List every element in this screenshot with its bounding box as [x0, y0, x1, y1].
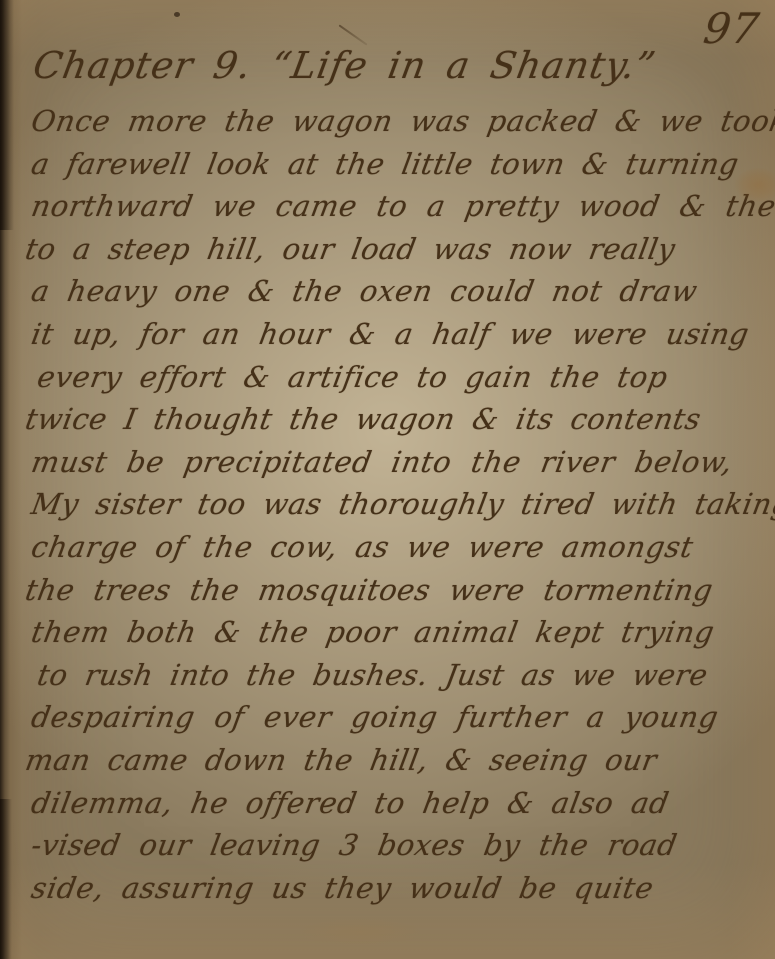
manuscript-line: charge of the cow, as we were amongst	[12, 526, 775, 569]
binding-shadow	[0, 799, 12, 959]
manuscript-line: to rush into the bushes. Just as we were	[12, 654, 775, 697]
manuscript-line: side, assuring us they would be quite	[12, 867, 775, 910]
manuscript-line: Once more the wagon was packed & we took	[12, 100, 775, 143]
manuscript-line: a farewell look at the little town & tur…	[12, 143, 775, 186]
manuscript-line: dilemma, he offered to help & also ad	[12, 782, 775, 825]
manuscript-line: -vised our leaving 3 boxes by the road	[12, 824, 775, 867]
manuscript-line: them both & the poor animal kept trying	[12, 611, 775, 654]
chapter-heading: Chapter 9. “Life in a Shanty.”	[30, 44, 659, 87]
manuscript-line: northward we came to a pretty wood & the…	[12, 185, 775, 228]
manuscript-line: a heavy one & the oxen could not draw	[12, 270, 775, 313]
manuscript-line: every effort & artifice to gain the top	[12, 356, 775, 399]
page-number: 97	[700, 4, 762, 53]
manuscript-line: twice I thought the wagon & its contents	[12, 398, 775, 441]
manuscript-page: 97 Chapter 9. “Life in a Shanty.” Once m…	[0, 0, 775, 959]
manuscript-line: must be precipitated into the river belo…	[12, 441, 775, 484]
manuscript-line: to a steep hill, our load was now really	[12, 228, 775, 271]
stain-mark	[300, 919, 420, 945]
manuscript-line: despairing of ever going further a young	[12, 696, 775, 739]
scratch-mark	[339, 24, 368, 45]
ink-dot	[174, 12, 180, 17]
manuscript-line: it up, for an hour & a half we were usin…	[12, 313, 775, 356]
manuscript-body: Once more the wagon was packed & we took…	[12, 100, 775, 909]
manuscript-line: the trees the mosquitoes were tormenting	[12, 569, 775, 612]
manuscript-line: man came down the hill, & seeing our	[12, 739, 775, 782]
manuscript-line: My sister too was thoroughly tired with …	[12, 483, 775, 526]
